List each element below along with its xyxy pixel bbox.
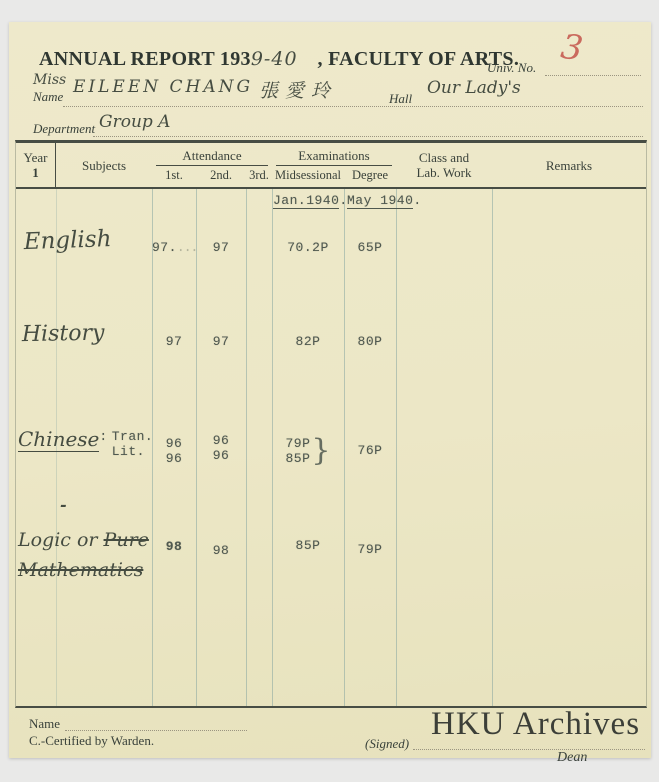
header-attendance-label: Attendance bbox=[152, 148, 272, 164]
attendance-subheaders: 1st. 2nd. 3rd. bbox=[152, 168, 272, 183]
examinations-subheaders: Midsessional Degree bbox=[272, 168, 396, 183]
department-handwritten-value: Group A bbox=[99, 112, 170, 132]
table-row-logic: Logic or Pure Mathematics 98 98 85P 79P bbox=[16, 525, 646, 609]
name-handwritten-value: EILEEN CHANG bbox=[73, 77, 253, 97]
subject-struck-mathematics: Mathematics bbox=[18, 559, 143, 581]
header-attendance-2nd: 2nd. bbox=[196, 168, 246, 183]
chinese-attendance-3rd bbox=[246, 427, 272, 473]
chinese-att2-tran: 96 bbox=[196, 433, 246, 448]
footer-signed-ruled-line bbox=[413, 749, 645, 750]
header-class-lab-line2: Lab. Work bbox=[416, 165, 471, 180]
history-attendance-2nd: 97 bbox=[196, 334, 246, 349]
subject-logic-block: Logic or Pure Mathematics bbox=[16, 525, 152, 609]
english-attendance-3rd bbox=[246, 227, 272, 267]
department-ruled-line bbox=[93, 136, 643, 137]
report-title-handwritten-year: 9-40 bbox=[251, 48, 298, 70]
footer-name-ruled-line bbox=[65, 730, 247, 731]
scan-background: ANNUAL REPORT 1939-40, FACULTY OF ARTS. … bbox=[0, 0, 659, 782]
footer-certified-note: C.-Certified by Warden. bbox=[29, 733, 154, 749]
report-table-header: Year 1 Subjects Attendance 1st. 2nd. 3rd… bbox=[16, 143, 646, 189]
univ-no-ruled-line bbox=[545, 75, 641, 76]
chinese-att1-lit: 96 bbox=[152, 451, 196, 466]
chinese-brace: } bbox=[311, 436, 330, 466]
examinations-divider-line bbox=[276, 165, 392, 166]
logic-attendance-1st: 98 bbox=[152, 525, 196, 609]
midsessional-date-text: Jan.1940 bbox=[273, 193, 339, 209]
degree-date-dot: . bbox=[413, 193, 421, 208]
header-attendance-3rd: 3rd. bbox=[246, 168, 272, 183]
english-att1-smudge: ... bbox=[177, 240, 197, 255]
hku-archives-stamp: HKU Archives bbox=[431, 706, 640, 743]
chinese-att1-tran: 96 bbox=[152, 436, 196, 451]
chinese-part-labels: Tran. Lit. bbox=[112, 429, 154, 473]
header-examinations-group: Examinations Midsessional Degree bbox=[272, 143, 396, 187]
report-card-sheet: ANNUAL REPORT 1939-40, FACULTY OF ARTS. … bbox=[9, 22, 651, 758]
header-year-value: 1 bbox=[32, 165, 39, 180]
header-examinations-label: Examinations bbox=[272, 148, 396, 164]
english-midsessional: 70.2P bbox=[272, 240, 344, 255]
subject-english: English bbox=[15, 225, 152, 270]
degree-date: May 1940. bbox=[344, 193, 396, 208]
subject-logic-prefix: Logic or bbox=[18, 529, 98, 551]
header-subjects: Subjects bbox=[56, 143, 152, 187]
report-table-body: Jan.1940. May 1940. English 97.... 97 70… bbox=[16, 189, 646, 706]
table-row-chinese: Chinese : Tran. Lit. 96 96 96 96 bbox=[16, 427, 646, 473]
exam-date-row: Jan.1940. May 1940. bbox=[16, 193, 646, 208]
english-att1-value: 97. bbox=[152, 240, 177, 255]
chinese-degree: 76P bbox=[344, 443, 396, 458]
history-degree: 80P bbox=[344, 334, 396, 349]
history-midsessional: 82P bbox=[272, 334, 344, 349]
table-row-english: English 97.... 97 70.2P 65P bbox=[16, 227, 646, 267]
logic-midsessional: 85P bbox=[272, 525, 344, 609]
english-attendance-1st: 97.... bbox=[152, 240, 196, 255]
univ-no-label: Univ. No. bbox=[487, 60, 536, 76]
univ-no-handwritten-value: 3 bbox=[558, 27, 585, 70]
subject-chinese: Chinese bbox=[18, 427, 99, 452]
report-table: Year 1 Subjects Attendance 1st. 2nd. 3rd… bbox=[15, 140, 647, 708]
name-ruled-line bbox=[63, 106, 643, 107]
table-row-history: History 97 97 82P 80P bbox=[16, 321, 646, 361]
hall-label: Hall bbox=[389, 91, 412, 107]
degree-date-text: May 1940 bbox=[347, 193, 413, 209]
header-midsessional: Midsessional bbox=[272, 168, 344, 183]
logic-attendance-3rd bbox=[246, 525, 272, 609]
history-attendance-3rd bbox=[246, 321, 272, 361]
chinese-midsessional-values: 79P 85P bbox=[286, 436, 311, 466]
subject-struck-pure: Pure bbox=[104, 529, 149, 551]
chinese-part-lit: Lit. bbox=[112, 444, 154, 459]
header-class-lab: Class and Lab. Work bbox=[396, 143, 492, 187]
logic-attendance-2nd: 98 bbox=[196, 525, 246, 609]
hall-handwritten-value: Our Lady's bbox=[427, 78, 521, 98]
name-label: Name bbox=[33, 89, 63, 105]
header-year: Year 1 bbox=[16, 143, 56, 187]
name-chinese-characters: 張愛玲 bbox=[259, 76, 337, 103]
subject-chinese-colon: : bbox=[99, 429, 107, 473]
header-attendance-1st: 1st. bbox=[152, 168, 196, 183]
header-year-label: Year bbox=[24, 150, 48, 165]
chinese-mid-tran: 79P bbox=[286, 436, 311, 451]
header-remarks: Remarks bbox=[492, 143, 646, 187]
english-attendance-2nd: 97 bbox=[196, 240, 246, 255]
chinese-att2-lit: 96 bbox=[196, 448, 246, 463]
subject-chinese-block: Chinese : Tran. Lit. bbox=[16, 427, 152, 473]
name-prefix-miss: Miss bbox=[33, 72, 66, 88]
chinese-part-tran: Tran. bbox=[112, 429, 154, 444]
midsessional-date: Jan.1940. bbox=[272, 193, 344, 208]
header-degree: Degree bbox=[344, 168, 396, 183]
english-degree: 65P bbox=[344, 240, 396, 255]
report-title: ANNUAL REPORT 1939-40, FACULTY OF ARTS. bbox=[39, 48, 519, 71]
chinese-midsessional-group: 79P 85P } bbox=[272, 429, 344, 473]
logic-degree: 79P bbox=[344, 525, 396, 609]
report-title-printed-prefix: ANNUAL REPORT 193 bbox=[39, 48, 251, 70]
subject-history: History bbox=[16, 320, 153, 362]
footer-signed-label: (Signed) bbox=[365, 736, 409, 752]
chinese-attendance-1st: 96 96 bbox=[152, 436, 196, 466]
footer-name-label: Name bbox=[29, 716, 60, 732]
department-label: Department bbox=[33, 121, 95, 137]
header-class-lab-line1: Class and bbox=[419, 150, 469, 165]
attendance-divider-line bbox=[156, 165, 268, 166]
chinese-attendance-2nd: 96 96 bbox=[196, 433, 246, 463]
chinese-mid-lit: 85P bbox=[286, 451, 311, 466]
header-attendance-group: Attendance 1st. 2nd. 3rd. bbox=[152, 143, 272, 187]
footer-dean-label: Dean bbox=[557, 750, 587, 766]
stray-dash-mark: - bbox=[60, 495, 67, 514]
history-attendance-1st: 97 bbox=[152, 334, 196, 349]
